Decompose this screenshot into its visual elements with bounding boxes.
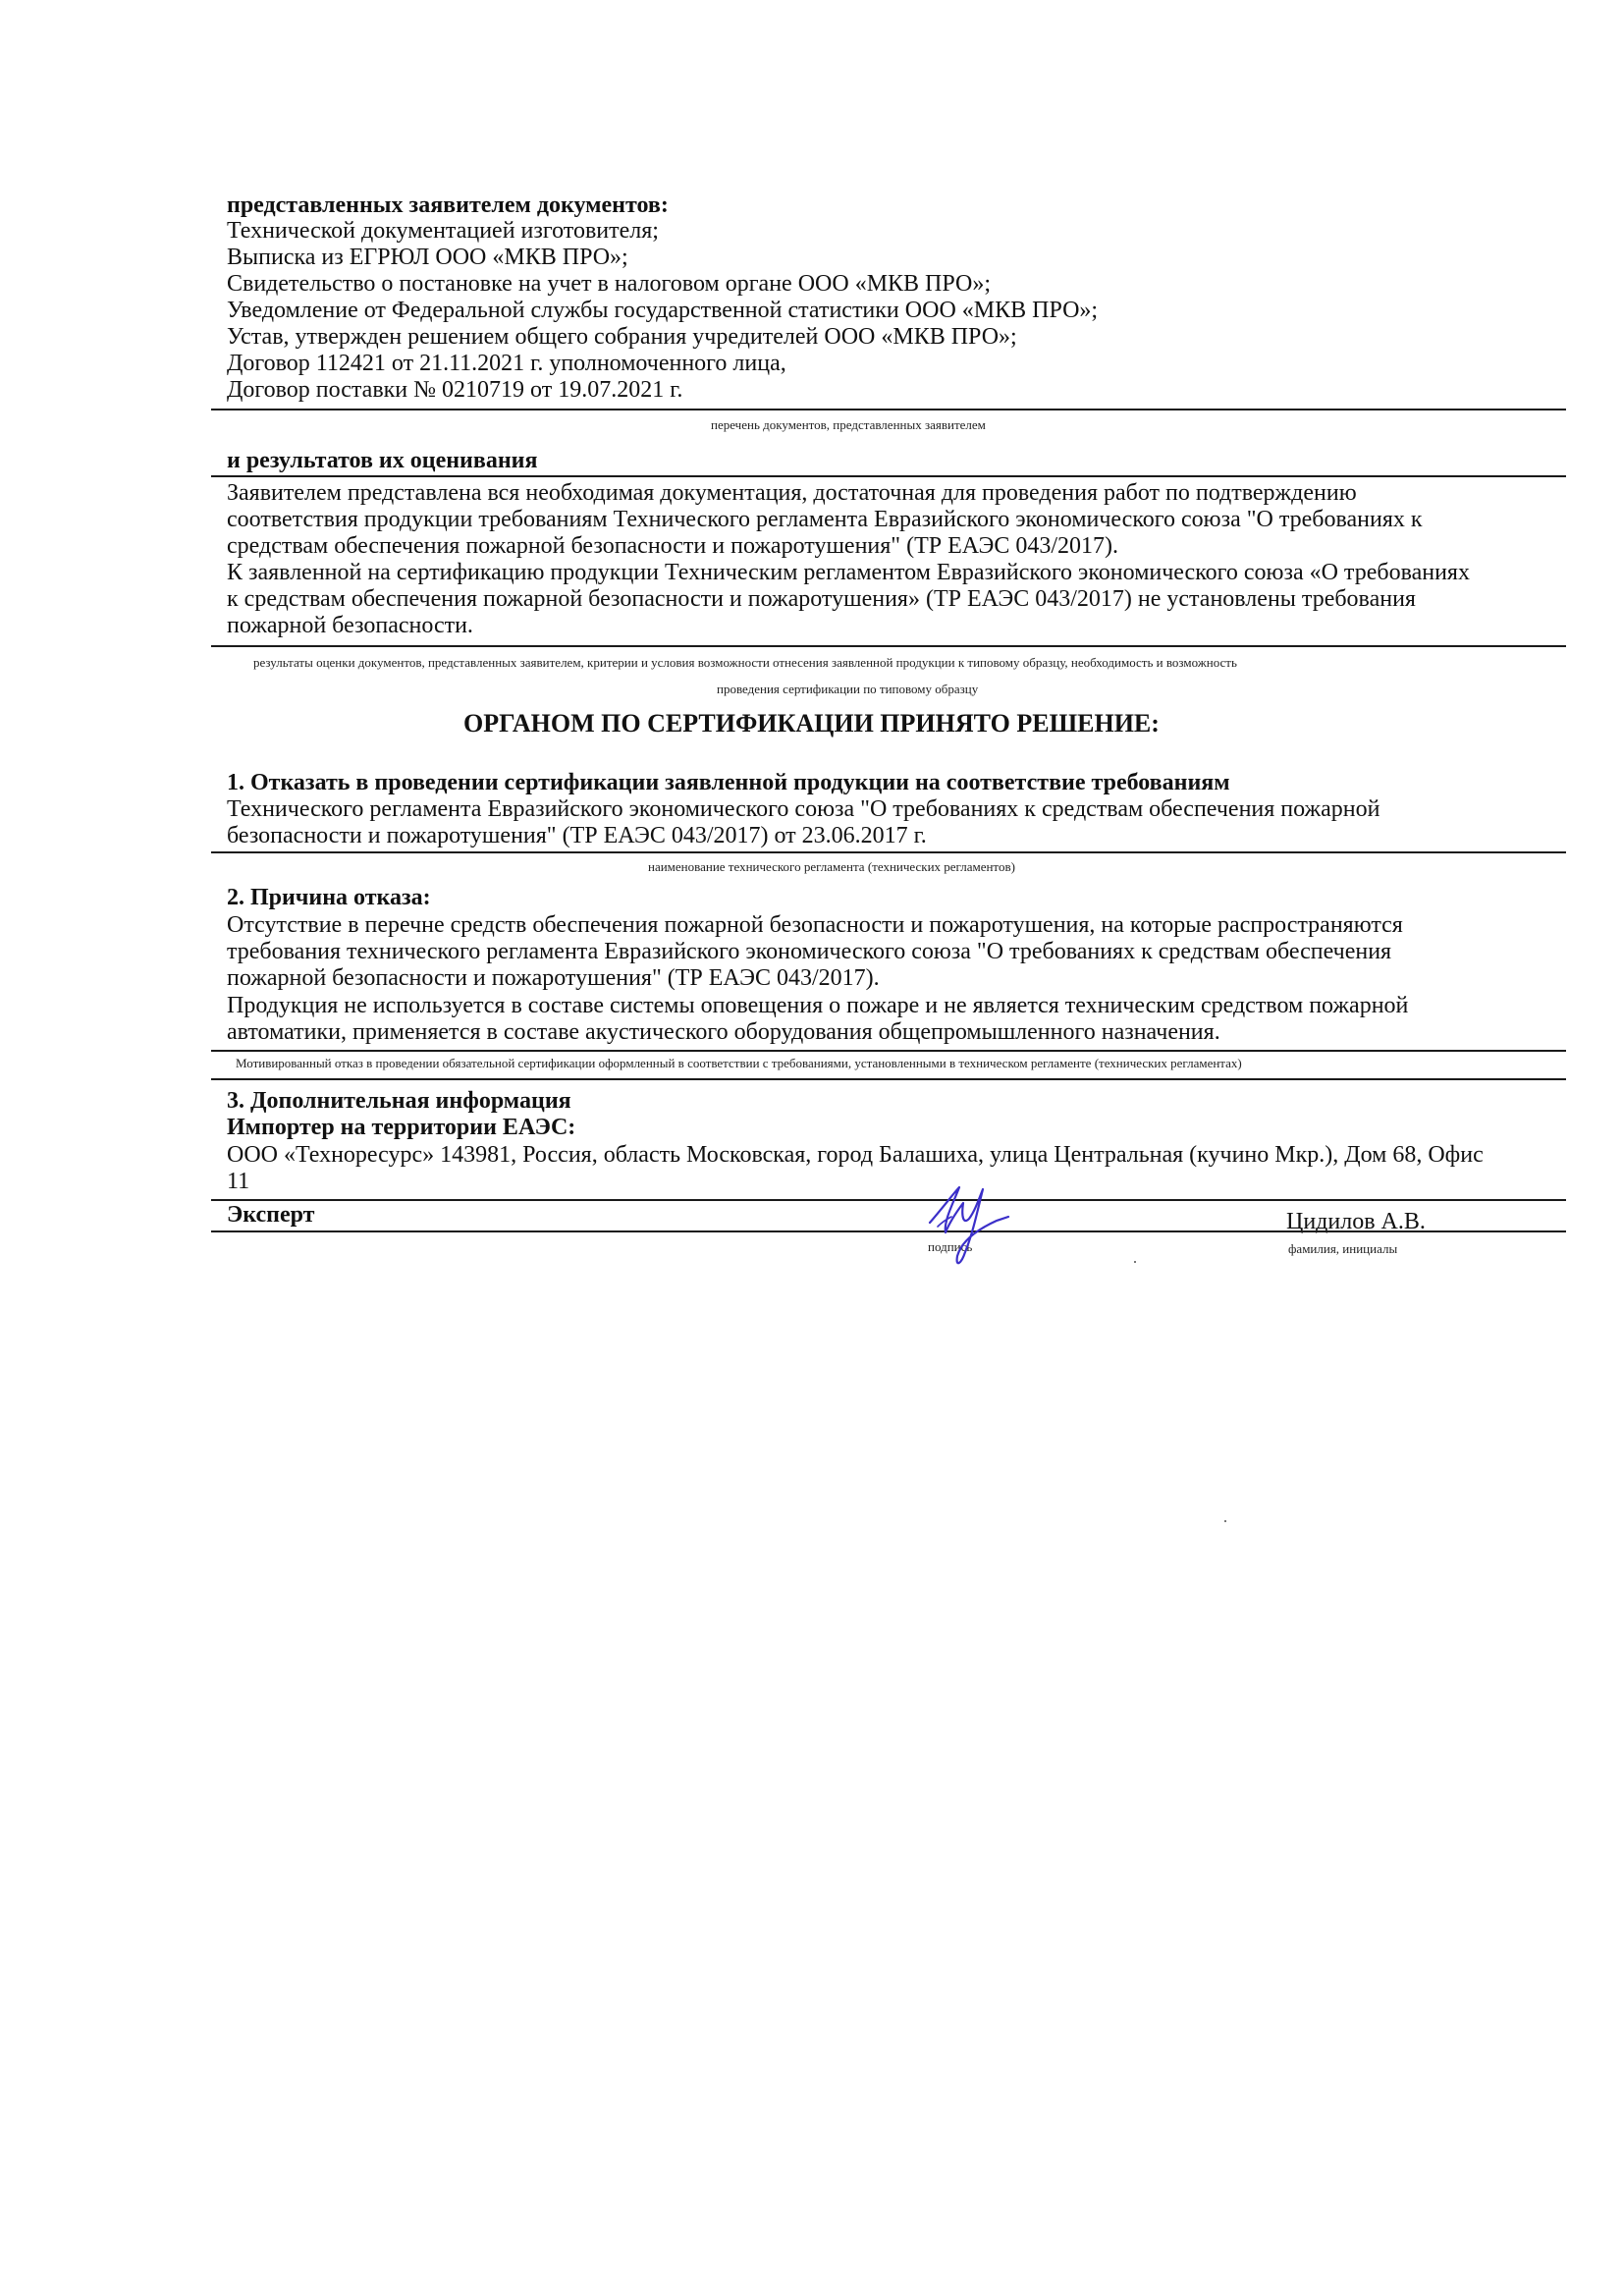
importer-address-2: 11 (227, 1168, 249, 1195)
document-item: Договор 112421 от 21.11.2021 г. уполномо… (227, 350, 786, 377)
divider (211, 1230, 1566, 1232)
evaluation-line: пожарной безопасности. (227, 612, 473, 639)
section-2-line: Отсутствие в перечне средств обеспечения… (227, 911, 1403, 939)
divider (211, 645, 1566, 647)
documents-title: представленных заявителем документов: (227, 191, 669, 219)
divider (211, 1050, 1566, 1052)
section-1-line: безопасности и пожаротушения" (ТР ЕАЭС 0… (227, 822, 927, 849)
decision-heading: ОРГАНОМ ПО СЕРТИФИКАЦИИ ПРИНЯТО РЕШЕНИЕ: (0, 709, 1623, 738)
evaluation-caption-2: проведения сертификации по типовому обра… (717, 682, 978, 696)
expert-label: Эксперт (227, 1201, 314, 1229)
document-item: Договор поставки № 0210719 от 19.07.2021… (227, 376, 682, 404)
evaluation-line: К заявленной на сертификацию продукции Т… (227, 559, 1470, 586)
evaluation-line: средствам обеспечения пожарной безопасно… (227, 532, 1118, 560)
speck (1134, 1261, 1136, 1263)
documents-caption: перечень документов, представленных заяв… (711, 417, 986, 432)
section-1-line: Технического регламента Евразийского эко… (227, 795, 1380, 823)
evaluation-line: соответствия продукции требованиям Техни… (227, 506, 1423, 533)
document-item: Выписка из ЕГРЮЛ ООО «МКВ ПРО»; (227, 244, 628, 271)
speck (1224, 1520, 1226, 1522)
section-2-caption: Мотивированный отказ в проведении обязат… (236, 1056, 1242, 1070)
importer-subtitle: Импортер на территории ЕАЭС: (227, 1114, 575, 1141)
evaluation-line: Заявителем представлена вся необходимая … (227, 479, 1357, 507)
document-item: Свидетельство о постановке на учет в нал… (227, 270, 991, 298)
signature-icon (918, 1183, 1026, 1272)
section-2-line: автоматики, применяется в составе акусти… (227, 1018, 1220, 1046)
divider (211, 851, 1566, 853)
name-caption: фамилия, инициалы (1288, 1241, 1397, 1256)
importer-address: ООО «Технoресурс» 143981, Россия, област… (227, 1141, 1484, 1169)
document-item: Технической документацией изготовителя; (227, 217, 659, 245)
section-2-line: Продукция не используется в составе сист… (227, 992, 1408, 1019)
evaluation-title: и результатов их оценивания (227, 447, 537, 474)
section-1-caption: наименование технического регламента (те… (648, 859, 1015, 874)
divider (211, 1199, 1566, 1201)
divider (211, 409, 1566, 410)
evaluation-line: к средствам обеспечения пожарной безопас… (227, 585, 1416, 613)
document-item: Устав, утвержден решением общего собрани… (227, 323, 1017, 351)
document-item: Уведомление от Федеральной службы госуда… (227, 297, 1098, 324)
section-3-title: 3. Дополнительная информация (227, 1087, 571, 1115)
section-1-title: 1. Отказать в проведении сертификации за… (227, 769, 1230, 796)
divider (211, 1078, 1566, 1080)
divider (211, 475, 1566, 477)
document-page: представленных заявителем документов: Те… (0, 0, 1623, 2296)
section-2-title: 2. Причина отказа: (227, 884, 431, 911)
section-2-line: пожарной безопасности и пожаротушения" (… (227, 964, 880, 992)
section-2-line: требования технического регламента Евраз… (227, 938, 1391, 965)
evaluation-caption: результаты оценки документов, представле… (253, 655, 1237, 670)
